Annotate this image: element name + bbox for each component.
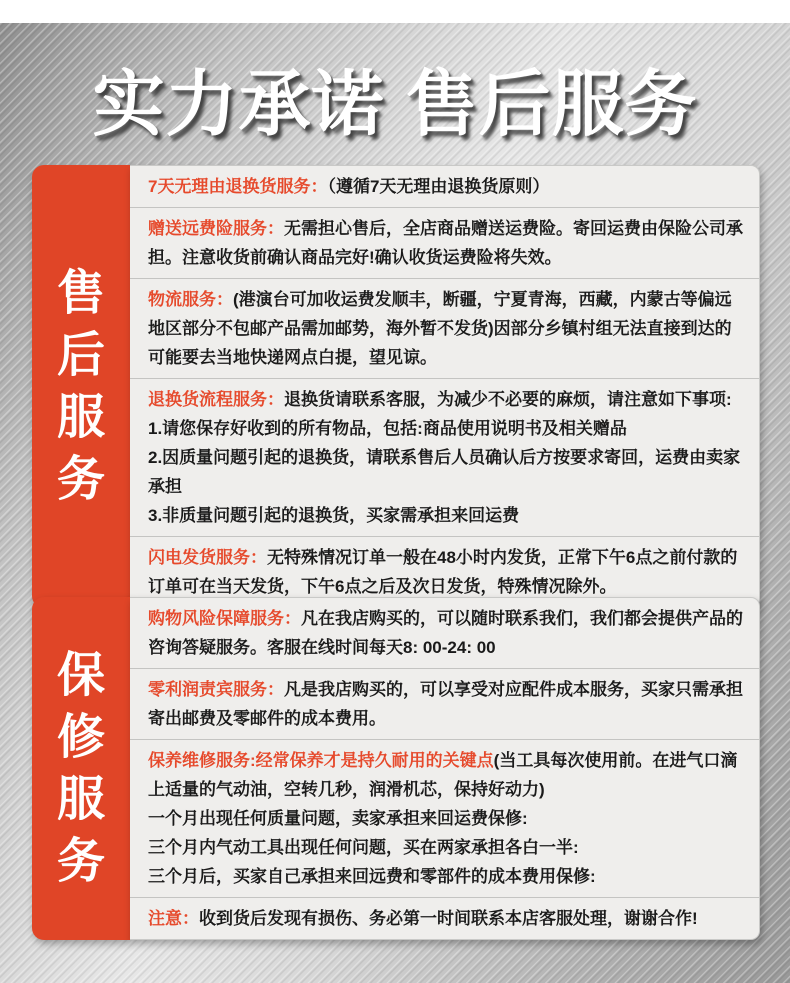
section-label: 物流服务： [148, 290, 233, 309]
service-row: 3.非质量问题引起的退换货，买家需承担来回运费 [148, 501, 743, 530]
after-sales-banner: 售后服务 [32, 165, 130, 608]
service-section-7day-return: 7天无理由退换货服务：（遵循7天无理由退换货原则） [130, 166, 759, 207]
service-row: 三个月后，买家自己承担来回远费和零部件的成本费用保修: [148, 862, 743, 891]
service-row: 注意：收到货后发现有损伤、务必第一时间联系本店客服处理，谢谢合作! [148, 904, 743, 933]
service-row: 保养维修服务:经常保养才是持久耐用的关键点(当工具每次使用前。在进气口滴上适量的… [148, 746, 743, 804]
section-text: 1.请您保存好收到的所有物品，包括:商品使用说明书及相关赠品 [148, 419, 627, 438]
after-sales-banner-label: 售后服务 [55, 263, 107, 511]
service-row: 零利润责宾服务：凡是我店购买的，可以享受对应配件成本服务，买家只需承担寄出邮费及… [148, 675, 743, 733]
section-label: 退换货流程服务： [148, 390, 284, 409]
section-label: 购物风险保障服务： [148, 609, 301, 628]
section-label: 注意： [148, 909, 199, 928]
section-text: (港演台可加收运费发顺丰，断疆，宁夏青海，西藏，内蒙古等偏远地区部分不包邮产品需… [148, 290, 732, 367]
service-row: 三个月内气动工具出现任何问题，买在两家承担各白一半: [148, 833, 743, 862]
service-row: 赠送远费险服务：无需担心售后，全店商品赠送运费险。寄回运费由保险公司承担。注意收… [148, 214, 743, 272]
service-row: 退换货流程服务：退换货请联系客服，为减少不必要的麻烦，请注意如下事项: [148, 385, 743, 414]
section-label: 保养维修服务:经常保养才是持久耐用的关键点 [148, 751, 494, 770]
section-text: 一个月出现任何质量问题，卖家承担来回运费保修: [148, 809, 528, 828]
section-label: 闪电发货服务： [148, 548, 267, 567]
service-section-freight-insurance: 赠送远费险服务：无需担心售后，全店商品赠送运费险。寄回运费由保险公司承担。注意收… [130, 207, 759, 278]
service-row: 7天无理由退换货服务：（遵循7天无理由退换货原则） [148, 172, 743, 201]
section-text: 2.因质量问题引起的退换货，请联系售后人员确认后方按要求寄回，运费由卖家承担 [148, 448, 740, 496]
section-label: 7天无理由退换货服务： [148, 177, 327, 196]
service-section-zero-profit-parts: 零利润责宾服务：凡是我店购买的，可以享受对应配件成本服务，买家只需承担寄出邮费及… [130, 668, 759, 739]
service-row: 闪电发货服务：无特殊情况订单一般在48小时内发货，正常下午6点之前付款的订单可在… [148, 543, 743, 601]
warranty-panel: 保修服务 购物风险保障服务：凡在我店购买的，可以随时联系我们，我们都会提供产品的… [32, 597, 760, 940]
section-text: 收到货后发现有损伤、务必第一时间联系本店客服处理，谢谢合作! [199, 909, 698, 928]
section-text: 三个月内气动工具出现任何问题，买在两家承担各白一半: [148, 838, 579, 857]
warranty-box: 购物风险保障服务：凡在我店购买的，可以随时联系我们，我们都会提供产品的咨询答疑服… [130, 597, 760, 940]
warranty-banner: 保修服务 [32, 597, 130, 940]
service-section-maintenance: 保养维修服务:经常保养才是持久耐用的关键点(当工具每次使用前。在进气口滴上适量的… [130, 739, 759, 897]
service-row: 一个月出现任何质量问题，卖家承担来回运费保修: [148, 804, 743, 833]
service-row: 2.因质量问题引起的退换货，请联系售后人员确认后方按要求寄回，运费由卖家承担 [148, 443, 743, 501]
warranty-banner-label: 保修服务 [55, 645, 107, 893]
after-sales-panel: 售后服务 7天无理由退换货服务：（遵循7天无理由退换货原则） 赠送远费险服务：无… [32, 165, 760, 608]
service-section-risk-guarantee: 购物风险保障服务：凡在我店购买的，可以随时联系我们，我们都会提供产品的咨询答疑服… [130, 598, 759, 668]
service-section-return-process: 退换货流程服务：退换货请联系客服，为减少不必要的麻烦，请注意如下事项: 1.请您… [130, 378, 759, 536]
after-sales-box: 7天无理由退换货服务：（遵循7天无理由退换货原则） 赠送远费险服务：无需担心售后… [130, 165, 760, 608]
section-text: （遵循7天无理由退换货原则） [327, 177, 549, 196]
page-title: 实力承诺 售后服务 [0, 46, 790, 150]
section-text: 三个月后，买家自己承担来回远费和零部件的成本费用保修: [148, 867, 596, 886]
section-label: 赠送远费险服务： [148, 219, 284, 238]
service-section-logistics: 物流服务：(港演台可加收运费发顺丰，断疆，宁夏青海，西藏，内蒙古等偏远地区部分不… [130, 278, 759, 378]
service-row: 购物风险保障服务：凡在我店购买的，可以随时联系我们，我们都会提供产品的咨询答疑服… [148, 604, 743, 662]
service-section-notice: 注意：收到货后发现有损伤、务必第一时间联系本店客服处理，谢谢合作! [130, 897, 759, 939]
section-text: 退换货请联系客服，为减少不必要的麻烦，请注意如下事项: [284, 390, 732, 409]
service-row: 1.请您保存好收到的所有物品，包括:商品使用说明书及相关赠品 [148, 414, 743, 443]
section-text: 3.非质量问题引起的退换货，买家需承担来回运费 [148, 506, 519, 525]
section-label: 零利润责宾服务： [148, 680, 284, 699]
service-row: 物流服务：(港演台可加收运费发顺丰，断疆，宁夏青海，西藏，内蒙古等偏远地区部分不… [148, 285, 743, 372]
